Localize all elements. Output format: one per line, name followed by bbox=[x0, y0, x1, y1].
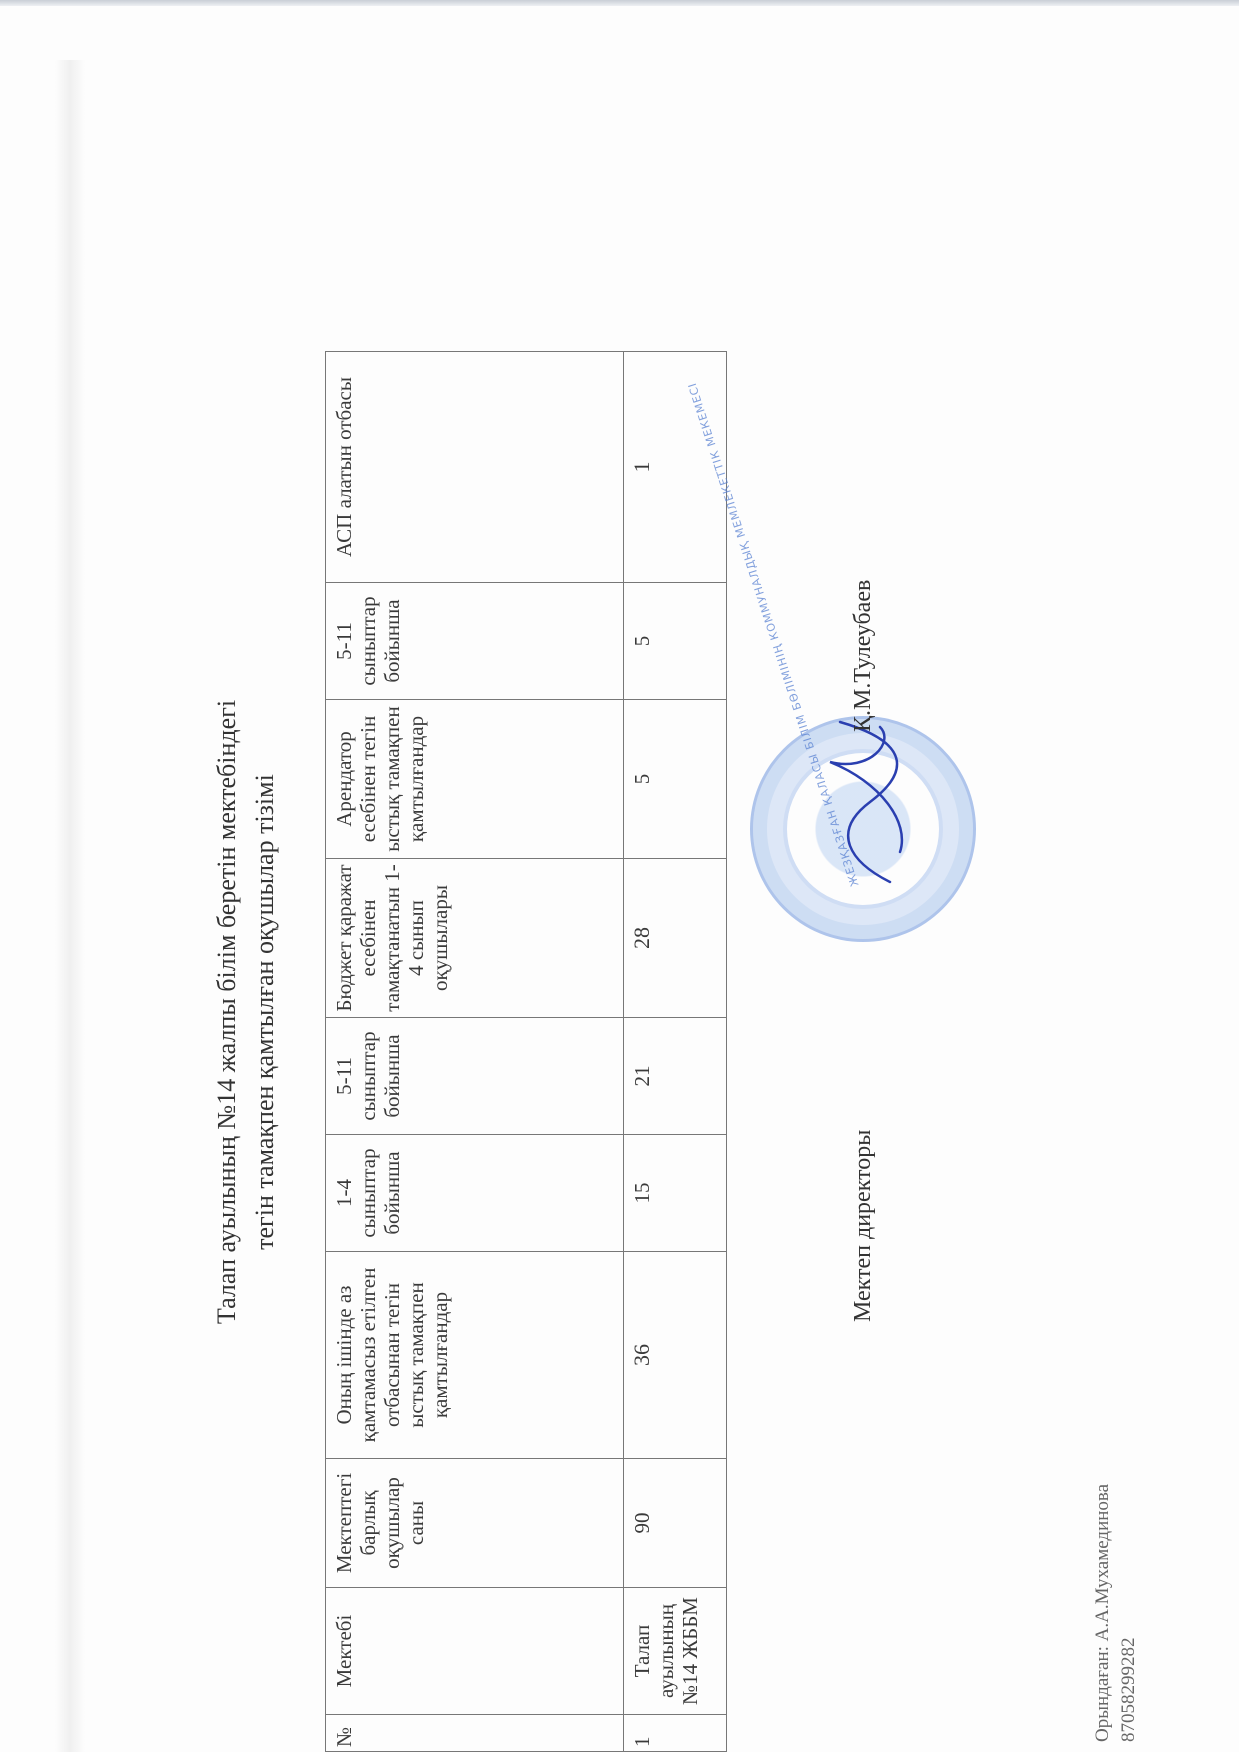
executor-line: Орындаған: А.А.Мухамединова bbox=[1090, 1484, 1116, 1742]
rotated-document-page: Талап ауылының №14 жалпы білім беретін м… bbox=[150, 192, 1190, 1752]
handwritten-signature bbox=[810, 712, 920, 892]
cell-low-income-free-meals: 36 bbox=[624, 1252, 727, 1459]
director-label: Мектеп директоры bbox=[850, 1130, 877, 1322]
scan-edge bbox=[0, 0, 1239, 6]
header-number: № bbox=[326, 1715, 624, 1752]
header-tenant-grades-5-11: 5-11 сыныптар бойынша bbox=[326, 583, 624, 700]
scan-shadow bbox=[55, 60, 85, 1752]
cell-asp-families: 1 bbox=[624, 352, 727, 583]
cell-budget-grades-1-4: 28 bbox=[624, 859, 727, 1018]
table-row: 1 Талап ауылының №14 ЖББМ 90 36 15 21 28… bbox=[624, 352, 727, 1752]
header-tenant-free-meals: Арендатор есебінен тегін ыстық тамақпен … bbox=[326, 700, 624, 859]
footer: Орындаған: А.А.Мухамединова 87058299282 bbox=[1090, 1484, 1142, 1742]
header-grades-1-4: 1-4 сыныптар бойынша bbox=[326, 1135, 624, 1252]
header-asp-families: АСП алатын отбасы bbox=[326, 352, 624, 583]
director-name: Қ.М.Тулеубаев bbox=[850, 580, 877, 732]
header-total-students: Мектептегі барлық оқушылар саны bbox=[326, 1459, 624, 1588]
cell-total-students: 90 bbox=[624, 1459, 727, 1588]
cell-grades-1-4: 15 bbox=[624, 1135, 727, 1252]
table-header-row: № Мектебі Мектептегі барлық оқушылар сан… bbox=[326, 352, 624, 1752]
title-line-1: Талап ауылының №14 жалпы білім беретін м… bbox=[208, 272, 246, 1752]
header-budget-grades-1-4: Бюджет қаражат есебінен тамақтанатын 1-4… bbox=[326, 859, 624, 1018]
cell-school: Талап ауылының №14 ЖББМ bbox=[624, 1588, 727, 1715]
header-school: Мектебі bbox=[326, 1588, 624, 1715]
cell-grades-5-11: 21 bbox=[624, 1018, 727, 1135]
document-title: Талап ауылының №14 жалпы білім беретін м… bbox=[208, 272, 284, 1752]
header-grades-5-11: 5-11 сыныптар бойынша bbox=[326, 1018, 624, 1135]
free-meals-table: № Мектебі Мектептегі барлық оқушылар сан… bbox=[325, 351, 727, 1752]
title-line-2: тегін тамақпен қамтылған оқушылар тізімі bbox=[246, 272, 284, 1752]
cell-tenant-grades-5-11: 5 bbox=[624, 583, 727, 700]
phone-line: 87058299282 bbox=[1116, 1484, 1142, 1742]
cell-number: 1 bbox=[624, 1715, 727, 1752]
header-low-income-free-meals: Оның ішінде аз қамтамасыз етілген отбасы… bbox=[326, 1252, 624, 1459]
cell-tenant-free-meals: 5 bbox=[624, 700, 727, 859]
